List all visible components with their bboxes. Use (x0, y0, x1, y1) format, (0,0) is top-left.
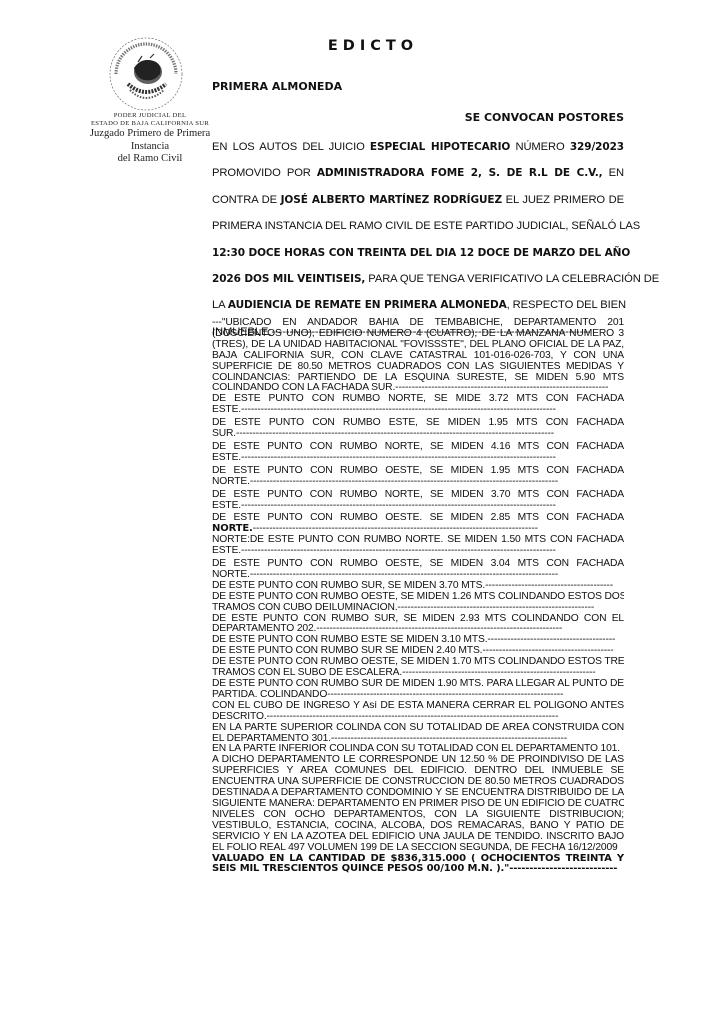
valuation-words: SEIS MIL TRESCIENTOS QUINCE PESOS 00/100… (212, 864, 617, 874)
description-line: TRAMOS CON CUBO DEILUMINACION.----------… (212, 603, 624, 614)
intro-line: PROMOVIDO POR ADMINISTRADORA FOME 2, S. … (212, 160, 624, 186)
text: PROMOVIDO POR (212, 167, 317, 179)
description-line: COLINDANDO CON LA FACHADA SUR.----------… (212, 383, 624, 394)
valuation-amount: VALUADO EN LA CANTIDAD DE $836,315.000 (… (212, 854, 624, 864)
description-line: DE ESTE PUNTO CON RUMBO SUR, SE MIDEN 2.… (212, 614, 624, 625)
property-description: ---"UBICADO EN ANDADOR BAHÍA DE TEMBABIC… (212, 318, 624, 875)
description-line: NIVELES CON OCHO DEPARTAMENTOS, CON LA S… (212, 810, 624, 821)
description-line: SIGUIENTE MANERA: DEPARTAMENTO EN PRIMER… (212, 799, 624, 810)
plaintiff-name: ADMINISTRADORA FOME 2, S. DE R.L DE C.V.… (317, 167, 603, 179)
description-line: EN LA PARTE SUPERIOR COLINDA CON SU TOTA… (212, 723, 624, 734)
description-line: ENCUENTRA UNA SUPERFICIE DE CONSTRUCCION… (212, 777, 624, 788)
court-line-1: PODER JUDICIAL DEL (84, 112, 216, 120)
description-line: (DOSCIENTOS UNO), EDIFICIO NÚMERO 4 (CUA… (212, 329, 624, 340)
intro-line: 2026 DOS MIL VEINTISEIS, PARA QUE TENGA … (212, 266, 624, 292)
description-line: NORTE.----------------------------------… (212, 570, 624, 581)
text: EL JUEZ PRIMERO DE (502, 194, 624, 206)
intro-line: EN LOS AUTOS DEL JUICIO ESPECIAL HIPOTEC… (212, 134, 624, 160)
description-line: ---"UBICADO EN ANDADOR BAHÍA DE TEMBABIC… (212, 318, 624, 329)
description-line: SUPERFICIE DE 80.50 METROS CUADRADOS CON… (212, 362, 624, 373)
description-line: EL DEPARTAMENTO 301.--------------------… (212, 734, 624, 745)
bold-direction: NORTE. (212, 524, 253, 534)
valuation-line: SEIS MIL TRESCIENTOS QUINCE PESOS 00/100… (212, 864, 624, 875)
description-line: DESCRITO.-------------------------------… (212, 712, 624, 723)
document-subtitle: PRIMERA ALMONEDA (212, 80, 342, 93)
description-line: DE ESTE PUNTO CON RUMBO ESTE, SE MIDEN 1… (212, 418, 624, 429)
description-line: ESTE.-----------------------------------… (212, 501, 624, 512)
description-line: DE ESTE PUNTO CON RUMBO SUR, SE MIDEN 3.… (212, 581, 624, 592)
description-line: BAJA CALIFORNIA SUR, CON CLAVE CATASTRAL… (212, 351, 624, 362)
court-line-4: Instancia (84, 141, 216, 154)
description-line: PARTIDA. COLINDANDO---------------------… (212, 690, 624, 701)
description-line: DE ESTE PUNTO CON RUMBO NORTE, SE MIDEN … (212, 442, 624, 453)
court-line-2: ESTADO DE BAJA CALIFORNIA SUR (84, 120, 216, 128)
hearing-datetime: 12:30 DOCE HORAS CON TREINTA DEL DIA 12 … (212, 240, 624, 266)
description-line: CON EL CUBO DE INGRESO Y Así DE ESTA MAN… (212, 701, 624, 712)
description-line: NORTE.----------------------------------… (212, 524, 624, 535)
description-line: ESTE.-----------------------------------… (212, 405, 624, 416)
intro-line: CONTRA DE JOSÉ ALBERTO MARTÍNEZ RODRÍGUE… (212, 187, 624, 213)
hearing-date: 12:30 DOCE HORAS CON TREINTA DEL DIA 12 … (212, 247, 630, 259)
description-line: DE ESTE PUNTO CON RUMBO OESTE, SE MIDEN … (212, 657, 624, 668)
description-line: VESTIBULO, ESTANCIA, COCINA, ALCOBA, DOS… (212, 821, 624, 832)
description-line: A DICHO DEPARTAMENTO LE CORRESPONDE UN 1… (212, 755, 624, 766)
description-line: DE ESTE PUNTO CON RUMBO OESTE, SE MIDEN … (212, 592, 624, 603)
intro-line: PRIMERA INSTANCIA DEL RAMO CIVIL DE ESTE… (212, 213, 624, 239)
description-line: EL FOLIO REAL 497 VOLUMEN 199 DE LA SECC… (212, 843, 624, 854)
description-line: DE ESTE PUNTO CON RUMBO OESTE, SE MIDEN … (212, 559, 624, 570)
text: CONTRA DE (212, 194, 281, 206)
intro-paragraph: EN LOS AUTOS DEL JUICIO ESPECIAL HIPOTEC… (212, 134, 624, 345)
court-line-3: Juzgado Primero de Primera (84, 128, 216, 141)
document-title: EDICTO (0, 38, 726, 54)
description-line: DE ESTE PUNTO CON RUMBO NORTE, SE MIDEN … (212, 490, 624, 501)
convocation-heading: SE CONVOCAN POSTORES (465, 111, 624, 124)
description-line: ESTE.-----------------------------------… (212, 546, 624, 557)
case-number: 329/2023 (570, 141, 624, 153)
trial-type: ESPECIAL HIPOTECARIO (370, 141, 510, 153)
description-line: DESTINADA A DEPARTAMENTO CONDOMINIO Y SE… (212, 788, 624, 799)
dashes: ----------------------------------------… (253, 524, 538, 534)
intro-line: LA AUDIENCIA DE REMATE EN PRIMERA ALMONE… (212, 292, 624, 318)
description-line: DE ESTE PUNTO CON RUMBO OESTE. SE MIDEN … (212, 513, 624, 524)
text: , RESPECTO DEL BIEN (507, 299, 626, 311)
description-line: EN LA PARTE INFERIOR COLINDA CON SU TOTA… (212, 744, 624, 755)
valuation-line: VALUADO EN LA CANTIDAD DE $836,315.000 (… (212, 854, 624, 865)
defendant-name: JOSÉ ALBERTO MARTÍNEZ RODRÍGUEZ (281, 194, 502, 206)
text: EN LOS AUTOS DEL JUICIO (212, 141, 370, 153)
hearing-type: AUDIENCIA DE REMATE EN PRIMERA ALMONEDA (228, 299, 507, 311)
description-line: DE ESTE PUNTO CON RUMBO NORTE, SE MIDE 3… (212, 394, 624, 405)
description-line: DE ESTE PUNTO CON RUMBO ESTE SE MIDEN 3.… (212, 635, 624, 646)
description-line: NORTE:DE ESTE PUNTO CON RUMBO NORTE. SE … (212, 535, 624, 546)
description-line: DE ESTE PUNTO CON RUMBO SUR SE MIDEN 2.4… (212, 646, 624, 657)
text: EN (603, 167, 624, 179)
description-line: DE ESTE PUNTO CON RUMBO OESTE, SE MIDEN … (212, 466, 624, 477)
court-line-5: del Ramo Civil (84, 153, 216, 166)
text: LA (212, 299, 228, 311)
hearing-year: 2026 DOS MIL VEINTISEIS, (212, 273, 365, 285)
court-identification: PODER JUDICIAL DEL ESTADO DE BAJA CALIFO… (84, 112, 216, 166)
description-line: SUPERFICIES Y AREA COMUNES DEL EDIFICIO.… (212, 766, 624, 777)
text: NÚMERO (510, 141, 570, 153)
text: PARA QUE TENGA VERIFICATIVO LA CELEBRACI… (365, 273, 659, 285)
description-line: DEPARTAMENTO 202.-----------------------… (212, 624, 624, 635)
description-line: DE ESTE PUNTO CON RUMBO SUR DE MIDEN 1.9… (212, 679, 624, 690)
description-line: (TRES), DE LA UNIDAD HABITACIONAL "FOVIS… (212, 340, 624, 351)
description-line: TRAMOS CON EL SUBO DE ESCALERA.---------… (212, 668, 624, 679)
description-line: NORTE.----------------------------------… (212, 477, 624, 488)
description-line: ESTE.-----------------------------------… (212, 453, 624, 464)
description-line: SUR.------------------------------------… (212, 429, 624, 440)
description-line: COLINDANCIAS: PARTIENDO DE LA ESQUINA SU… (212, 373, 624, 384)
description-line: SERVICIO Y EN LA AZOTEA DEL EDIFICIO UNA… (212, 832, 624, 843)
